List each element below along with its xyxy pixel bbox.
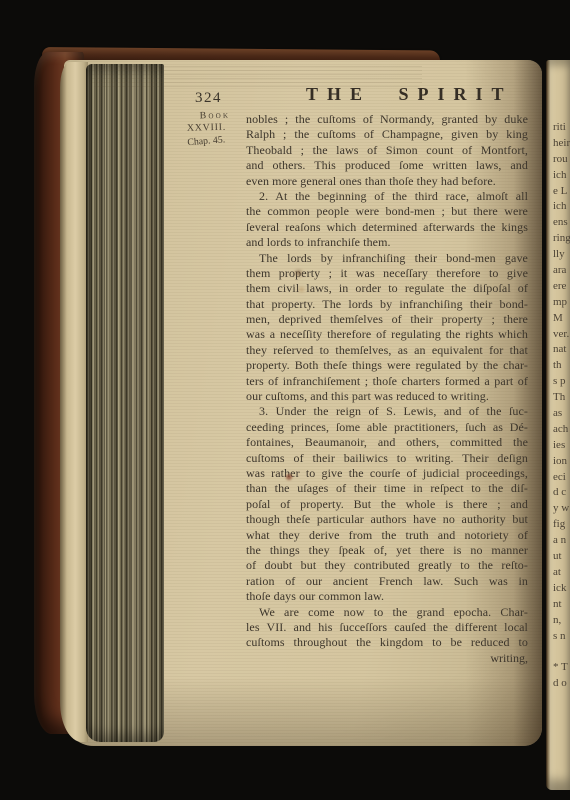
body-text-line: them civil laws, in order to regulate th…	[246, 281, 528, 296]
facing-page-fragment: ut	[553, 549, 570, 565]
body-text-line: ters of infranchiſement ; thoſe charters…	[246, 374, 528, 389]
facing-page-fragment: d o	[553, 676, 570, 692]
facing-page-fragment: lly	[553, 247, 570, 263]
facing-page-fragment: Th	[553, 390, 570, 406]
body-text: nobles ; the cuſtoms of Normandy, grante…	[246, 112, 528, 651]
body-text-line: 3. Under the reign of S. Lewis, and of t…	[246, 404, 528, 419]
facing-page-fragment: ara	[553, 263, 570, 279]
facing-page-fragment: heir	[553, 136, 570, 152]
page-curl-edge	[60, 62, 88, 742]
body-text-line: and lords to infranchiſe them.	[246, 235, 528, 250]
facing-page-fragment: * T	[553, 660, 570, 676]
body-text-line: than the uſages of their time in reſpect…	[246, 481, 528, 496]
catchword: writing,	[246, 651, 528, 666]
facing-page-fragment: d c	[553, 485, 570, 501]
body-text-line: Theobald ; the laws of Simon count of Mo…	[246, 143, 528, 158]
body-text-line: of doubt but they contributed greatly to…	[246, 558, 528, 573]
body-text-line: was a neceſſity therefore of regulating …	[246, 327, 528, 342]
paper-stain	[286, 474, 292, 480]
facing-page-fragment: riti	[553, 120, 570, 136]
body-text-line: ration of our ancient French law. Such w…	[246, 574, 528, 589]
facing-page-fragment: ion	[553, 454, 570, 470]
body-text-line: nobles ; the cuſtoms of Normandy, grante…	[246, 112, 528, 127]
paper-stain	[299, 287, 304, 292]
body-text-line: men, deprived themſelves of their proper…	[246, 312, 528, 327]
body-text-line: thoſe days our common law.	[246, 589, 528, 604]
facing-page-fragment: at	[553, 565, 570, 581]
facing-page-fragment: th	[553, 358, 570, 374]
facing-page-fragment: y w	[553, 501, 570, 517]
body-text-line: Ralph ; the cuſtoms of Champagne, given …	[246, 127, 528, 142]
body-text-line: our cuſtoms, and this part was reduced t…	[246, 389, 528, 404]
body-text-line: though theſe particular authors have no …	[246, 512, 528, 527]
fore-edge-page-stack	[86, 64, 164, 742]
body-text-line: the common people were bond-men ; but th…	[246, 204, 528, 219]
facing-page-fragment: ich	[553, 199, 570, 215]
facing-page-fragment: mp	[553, 295, 570, 311]
facing-page-fragment: nt	[553, 597, 570, 613]
body-text-line: property. Both theſe things were regulat…	[246, 358, 528, 373]
paper-stain	[295, 270, 302, 276]
body-text-line: ſeveral reaſons which determined afterwa…	[246, 220, 528, 235]
body-text-line: and others. This produced ſome written l…	[246, 158, 528, 173]
page-number: 324	[195, 90, 222, 107]
facing-page-fragment: fig	[553, 517, 570, 533]
facing-page-text-fragments: riti heir rou ich e L ich ens ring lly a…	[553, 120, 570, 692]
body-text-line: fontaines, Beaumanoir, and others, commi…	[246, 435, 528, 450]
facing-page-fragment: ere	[553, 279, 570, 295]
body-text-line: ceeding princes, ſome able practitioners…	[246, 420, 528, 435]
facing-page-fragment: s n	[553, 629, 570, 645]
body-text-line: We are come now to the grand epocha. Cha…	[246, 605, 528, 620]
facing-page-fragment: as	[553, 406, 570, 422]
body-text-line: them property ; it was neceſſary therefo…	[246, 266, 528, 281]
margin-note: Book XXVIII. Chap. 45.	[187, 109, 246, 147]
body-text-line: cuſtoms of their bailiwics to writing. T…	[246, 451, 528, 466]
facing-page-fragment: s p	[553, 374, 570, 390]
facing-page-fragment: rou	[553, 152, 570, 168]
body-text-line: that property. The lords by infranchiſin…	[246, 297, 528, 312]
margin-note-book-label: Book	[200, 109, 245, 122]
facing-page-fragment: n,	[553, 613, 570, 629]
body-text-line: cuſtoms throughout the kingdom to be red…	[246, 635, 528, 650]
facing-page-fragment: ring	[553, 231, 570, 247]
body-text-line: poſal of property. But the whole is ther…	[246, 497, 528, 512]
facing-page-fragment: M	[553, 311, 570, 327]
body-text-line: the things they ſpeak of, yet there is n…	[246, 543, 528, 558]
facing-page-fragment: a n	[553, 533, 570, 549]
body-text-line: les VII. and his ſucceſſors cauſed the d…	[246, 620, 528, 635]
facing-page-fragment: e L	[553, 184, 570, 200]
facing-page-sliver: riti heir rou ich e L ich ens ring lly a…	[546, 60, 570, 790]
facing-page-fragment: ver.	[553, 327, 570, 343]
facing-page-fragment	[553, 644, 570, 660]
running-title: THE SPIRIT	[306, 84, 513, 105]
body-text-line: The lords by infranchiſing their bond-me…	[246, 251, 528, 266]
facing-page-fragment: nat	[553, 342, 570, 358]
body-text-line: what they derive from the truth and noto…	[246, 528, 528, 543]
body-text-line: they reſerved to themſelves, as an equiv…	[246, 343, 528, 358]
body-text-line: even more general ones than thoſe they h…	[246, 174, 528, 189]
facing-page-fragment: ach	[553, 422, 570, 438]
facing-page-fragment: eci	[553, 470, 570, 486]
body-text-line: 2. At the beginning of the third race, a…	[246, 189, 528, 204]
facing-page-fragment: ich	[553, 168, 570, 184]
facing-page-fragment: ick	[553, 581, 570, 597]
facing-page-fragment: ens	[553, 215, 570, 231]
facing-page-fragment: ies	[553, 438, 570, 454]
